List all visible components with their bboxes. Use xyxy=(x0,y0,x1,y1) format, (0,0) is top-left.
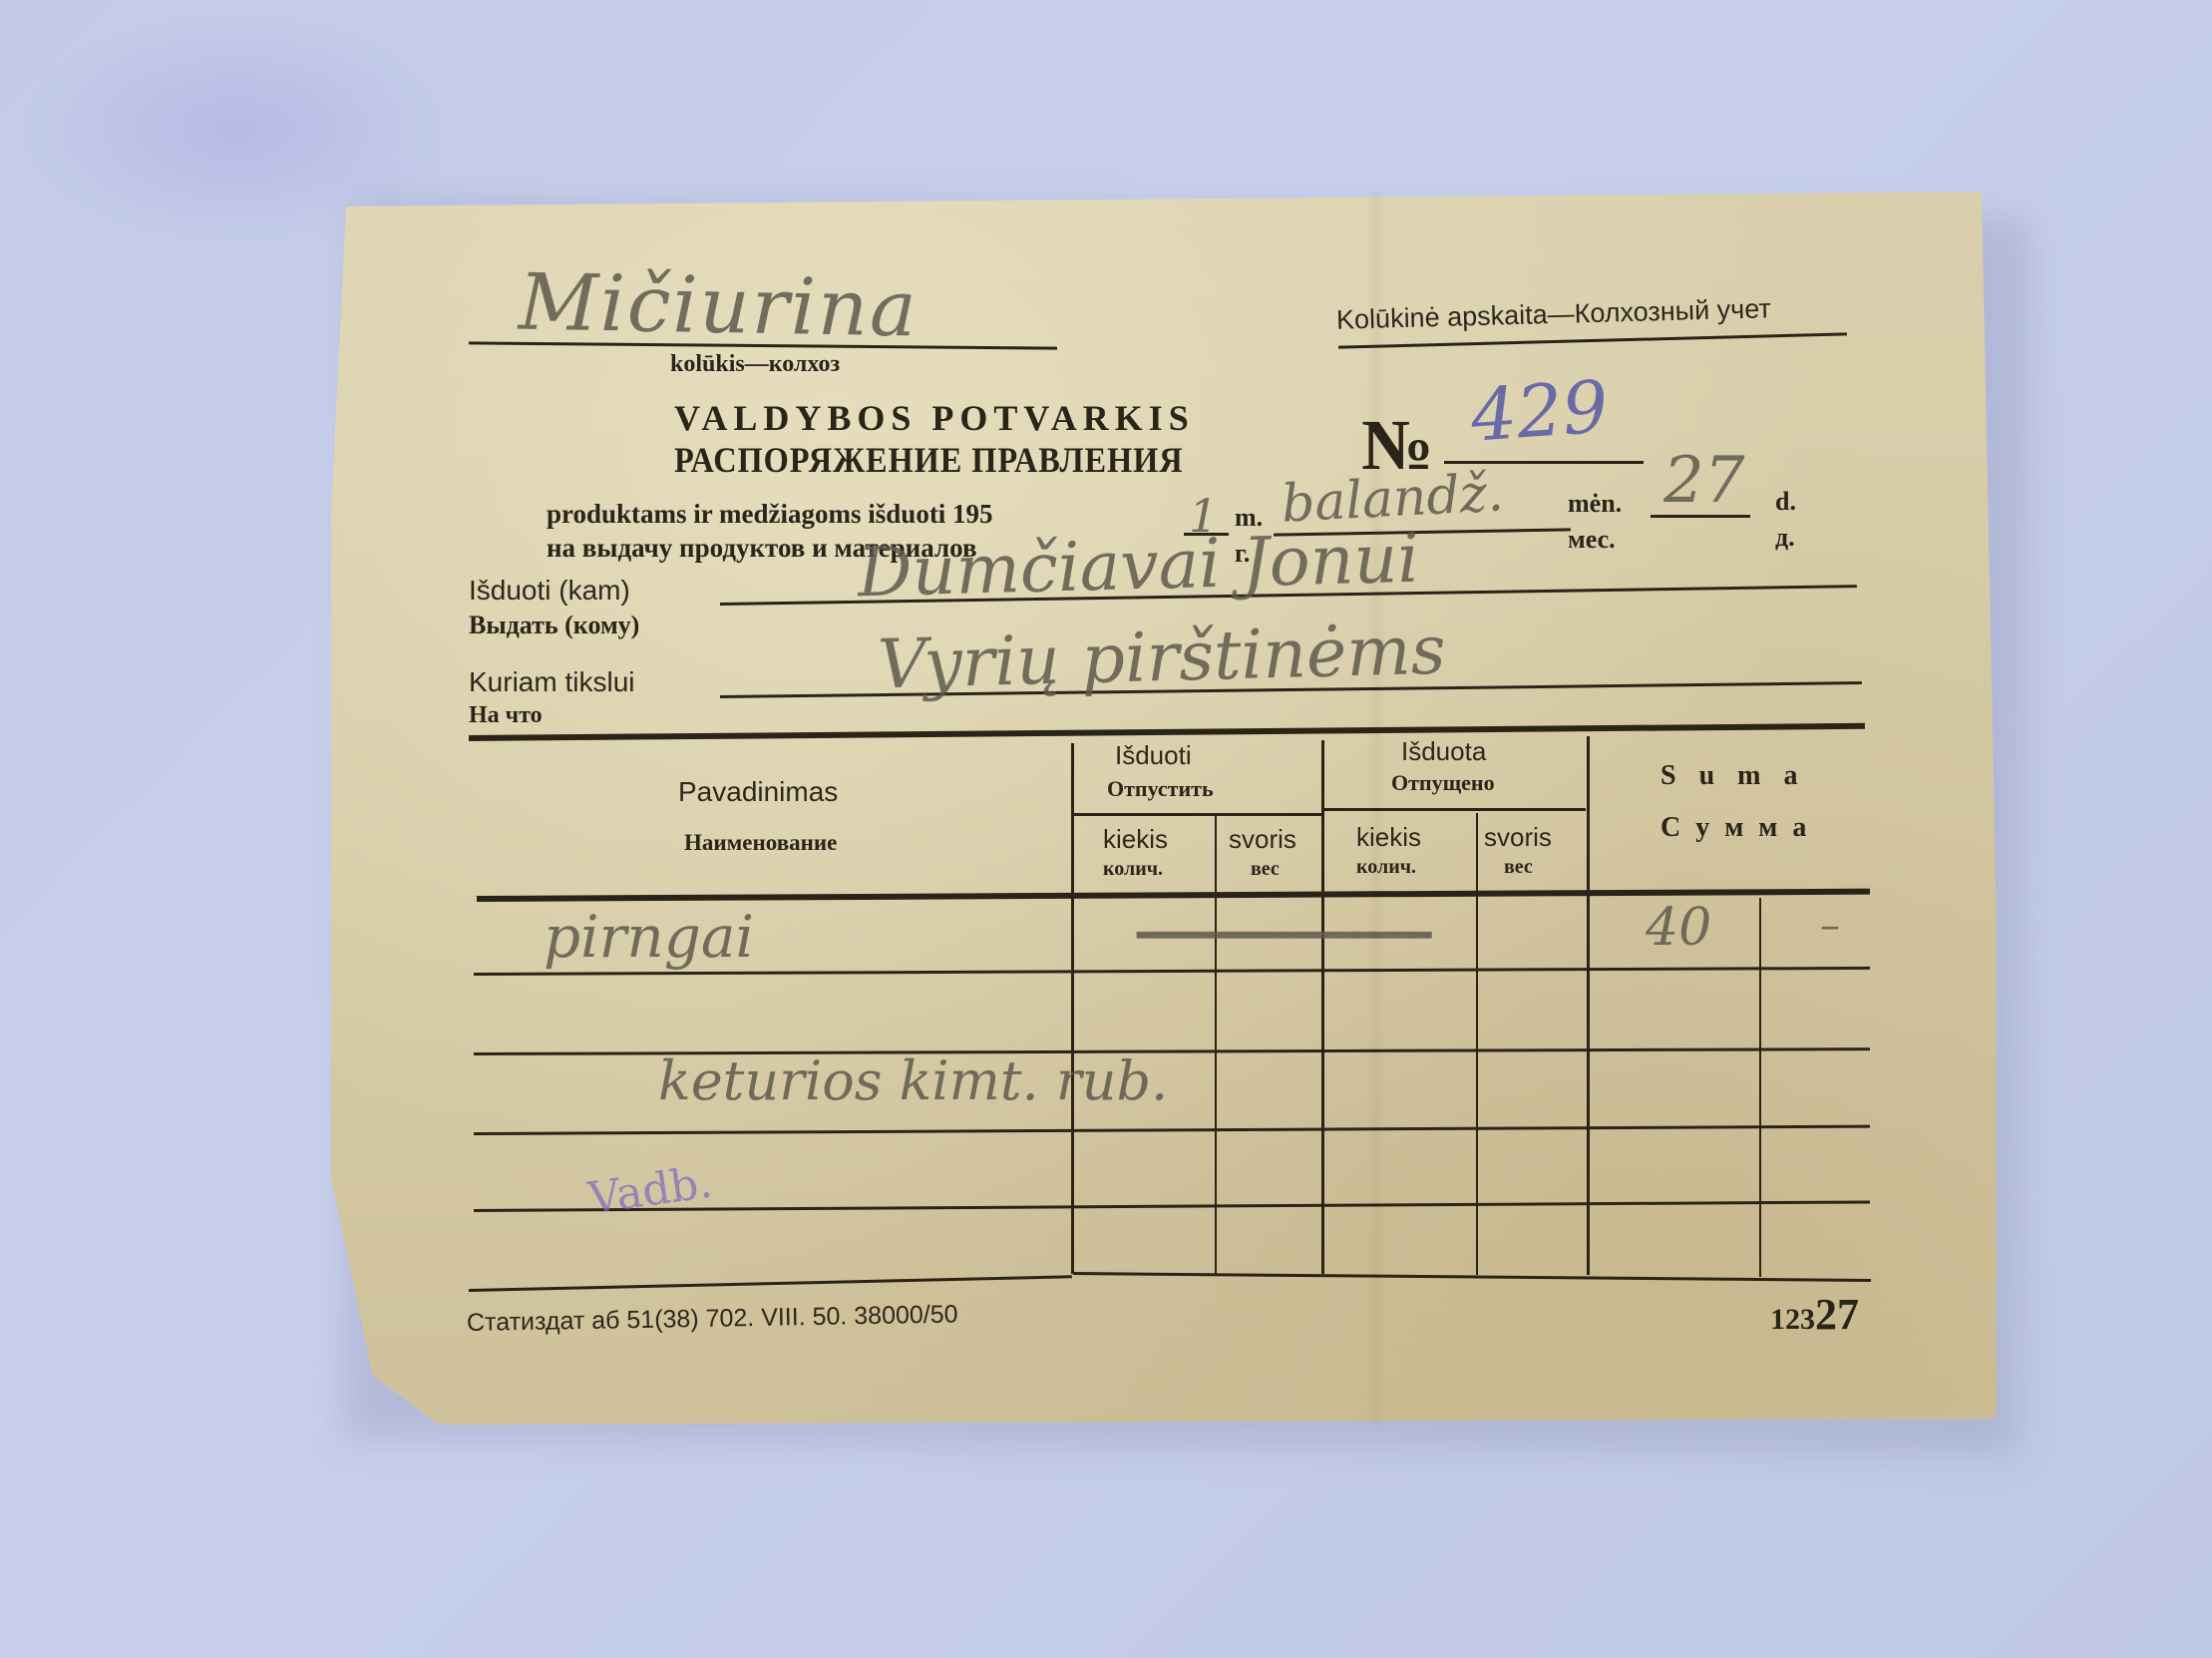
form-number-suffix: 27 xyxy=(1815,1290,1859,1339)
table-vline-3 xyxy=(1321,740,1324,1274)
col-issued-ru: Отпущено xyxy=(1391,770,1495,796)
form-number-prefix: 123 xyxy=(1770,1303,1815,1336)
issued-subheader-line xyxy=(1324,808,1586,811)
col-issued-qty-ru: колич. xyxy=(1356,856,1416,879)
col-issue-weight-lt: svoris xyxy=(1229,824,1296,855)
day-unit-ru: д. xyxy=(1775,523,1795,553)
purpose-label-ru: На что xyxy=(469,702,543,729)
month-unit-ru: мес. xyxy=(1568,525,1616,555)
col-name-ru: Наименование xyxy=(684,830,837,856)
col-issued-weight-ru: вес xyxy=(1504,856,1533,879)
col-issued-lt: Išduota xyxy=(1401,736,1486,767)
table-vline-1 xyxy=(1071,743,1074,1274)
issue-subheader-line xyxy=(1073,813,1322,816)
row-1-sum-kop: – xyxy=(1820,903,1840,949)
recipient-handwritten: Dumčiavai Jonui xyxy=(857,520,1420,614)
col-sum-lt: S u m a xyxy=(1660,760,1805,792)
farm-name-handwritten: Mičiurina xyxy=(518,258,919,355)
recipient-label-ru: Выдать (кому) xyxy=(469,611,639,640)
number-underline xyxy=(1444,461,1644,464)
purpose-handwritten: Vyrių pirštinėms xyxy=(877,612,1446,705)
col-issue-ru: Отпустить xyxy=(1107,776,1214,802)
recipient-label-lt: Išduoti (kam) xyxy=(469,575,630,607)
issue-label-lt: produktams ir medžiagoms išduoti 195 xyxy=(547,499,993,530)
col-issue-weight-ru: вес xyxy=(1251,858,1280,881)
form-number: 12327 xyxy=(1770,1289,1859,1340)
col-issued-weight-lt: svoris xyxy=(1484,822,1552,853)
farm-caption: kolūkis—колхоз xyxy=(670,351,840,378)
title-ru: РАСПОРЯЖЕНИЕ ПРАВЛЕНИЯ xyxy=(674,439,1184,481)
table-vline-5 xyxy=(1587,736,1590,1275)
col-sum-ru: С у м м а xyxy=(1660,812,1810,844)
month-unit-lt: mėn. xyxy=(1568,489,1622,519)
col-issue-qty-ru: колич. xyxy=(1103,858,1163,881)
row-1-name: pirngai xyxy=(544,903,754,971)
col-issued-qty-lt: kiekis xyxy=(1356,822,1421,853)
row-1-sum-rub: 40 xyxy=(1646,898,1711,958)
row-1-issue-qty-dash: ━━━━━━━━━━━━━━━━ xyxy=(1137,913,1425,959)
purpose-label-lt: Kuriam tikslui xyxy=(469,666,634,698)
col-issue-qty-lt: kiekis xyxy=(1103,824,1168,855)
document-paper xyxy=(331,192,1997,1425)
day-handwritten: 27 xyxy=(1663,444,1744,518)
day-unit-lt: d. xyxy=(1775,487,1796,517)
table-vline-6 xyxy=(1759,898,1761,1277)
row-2-name: keturios kimt. rub. xyxy=(658,1049,1168,1112)
col-name-lt: Pavadinimas xyxy=(678,776,838,808)
order-number-handwritten: 429 xyxy=(1468,364,1611,457)
title-lt: VALDYBOS POTVARKIS xyxy=(674,397,1195,439)
col-issue-lt: Išduoti xyxy=(1115,740,1192,771)
